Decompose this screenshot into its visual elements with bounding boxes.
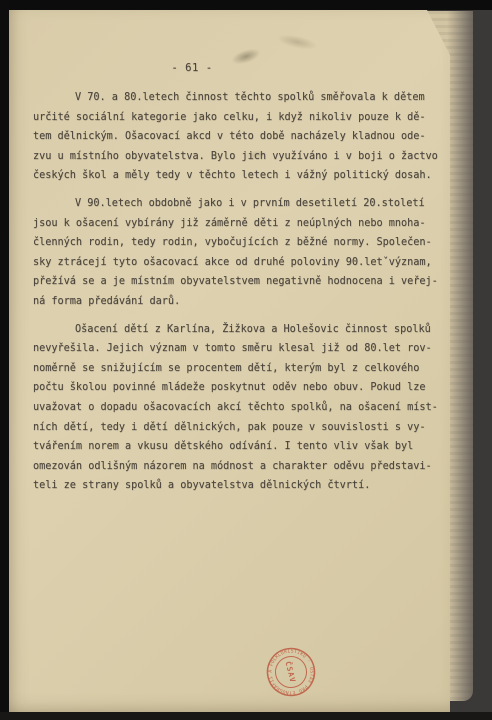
text-line: přežívá se a je místním obyvatelstvem ne… <box>33 272 445 292</box>
text-line: českých škol a měly tedy v těchto letech… <box>33 166 445 186</box>
text-line: Ošacení dětí z Karlína, Žižkova a Holešo… <box>33 320 445 340</box>
text-line: členných rodin, tedy rodin, vybočujících… <box>33 233 445 253</box>
text-line: tvářením norem a vkusu dětského odívání.… <box>33 437 445 457</box>
text-line: nevyřešila. Jejich význam v tomto směru … <box>33 339 445 359</box>
text-line: V 70. a 80.letech činnost těchto spolků … <box>33 88 445 108</box>
text-line: ních dětí, tedy i dětí dělnických, pak p… <box>33 418 445 438</box>
paragraph: V 70. a 80.letech činnost těchto spolků … <box>33 88 445 186</box>
text-line: určité sociální kategorie jako celku, i … <box>33 108 445 128</box>
stamp-center-text: ČSAV <box>283 660 297 684</box>
text-line: teli ze strany spolků a obyvatelstva děl… <box>33 476 445 496</box>
paragraph: V 90.letech obdobně jako i v prvním dese… <box>33 194 445 312</box>
scan-edge-bottom <box>0 712 492 720</box>
document-text: V 70. a 80.letech činnost těchto spolků … <box>33 88 445 504</box>
page-number: - 61 - <box>0 62 401 74</box>
paragraph: Ošacení dětí z Karlína, Žižkova a Holešo… <box>33 320 445 496</box>
stamp-ring-text: ÚSTAV PRO ETNOGRAFII A FOLKLORISTIKU · P… <box>260 633 330 700</box>
stain-mark <box>276 32 318 52</box>
text-line: omezován odlišným názorem na módnost a c… <box>33 457 445 477</box>
text-line: zvu u místního obyvatelstva. Bylo jich v… <box>33 147 445 167</box>
text-line: jsou k ošacení vybírány již záměrně děti… <box>33 214 445 234</box>
text-line: uvažovat o dopadu ošacovacích akcí těcht… <box>33 398 445 418</box>
text-line: V 90.letech obdobně jako i v prvním dese… <box>33 194 445 214</box>
scan-edge-left <box>0 0 9 720</box>
csav-round-stamp: ÚSTAV PRO ETNOGRAFII A FOLKLORISTIKU · P… <box>252 633 330 711</box>
text-line: noměrně se snižujícím se procentem dětí,… <box>33 359 445 379</box>
scan-edge-top <box>0 0 492 10</box>
text-line: počtu školou povinné mládeže poskytnut o… <box>33 378 445 398</box>
scanned-document-scene: - 61 - V 70. a 80.letech činnost těchto … <box>0 0 492 720</box>
document-page: - 61 - V 70. a 80.letech činnost těchto … <box>9 10 450 712</box>
text-line: sky ztrácejí tyto ošacovací akce od druh… <box>33 253 445 273</box>
text-line: ná forma předávání darů. <box>33 292 445 312</box>
text-line: tem dělnickým. Ošacovací akcd v této dob… <box>33 127 445 147</box>
